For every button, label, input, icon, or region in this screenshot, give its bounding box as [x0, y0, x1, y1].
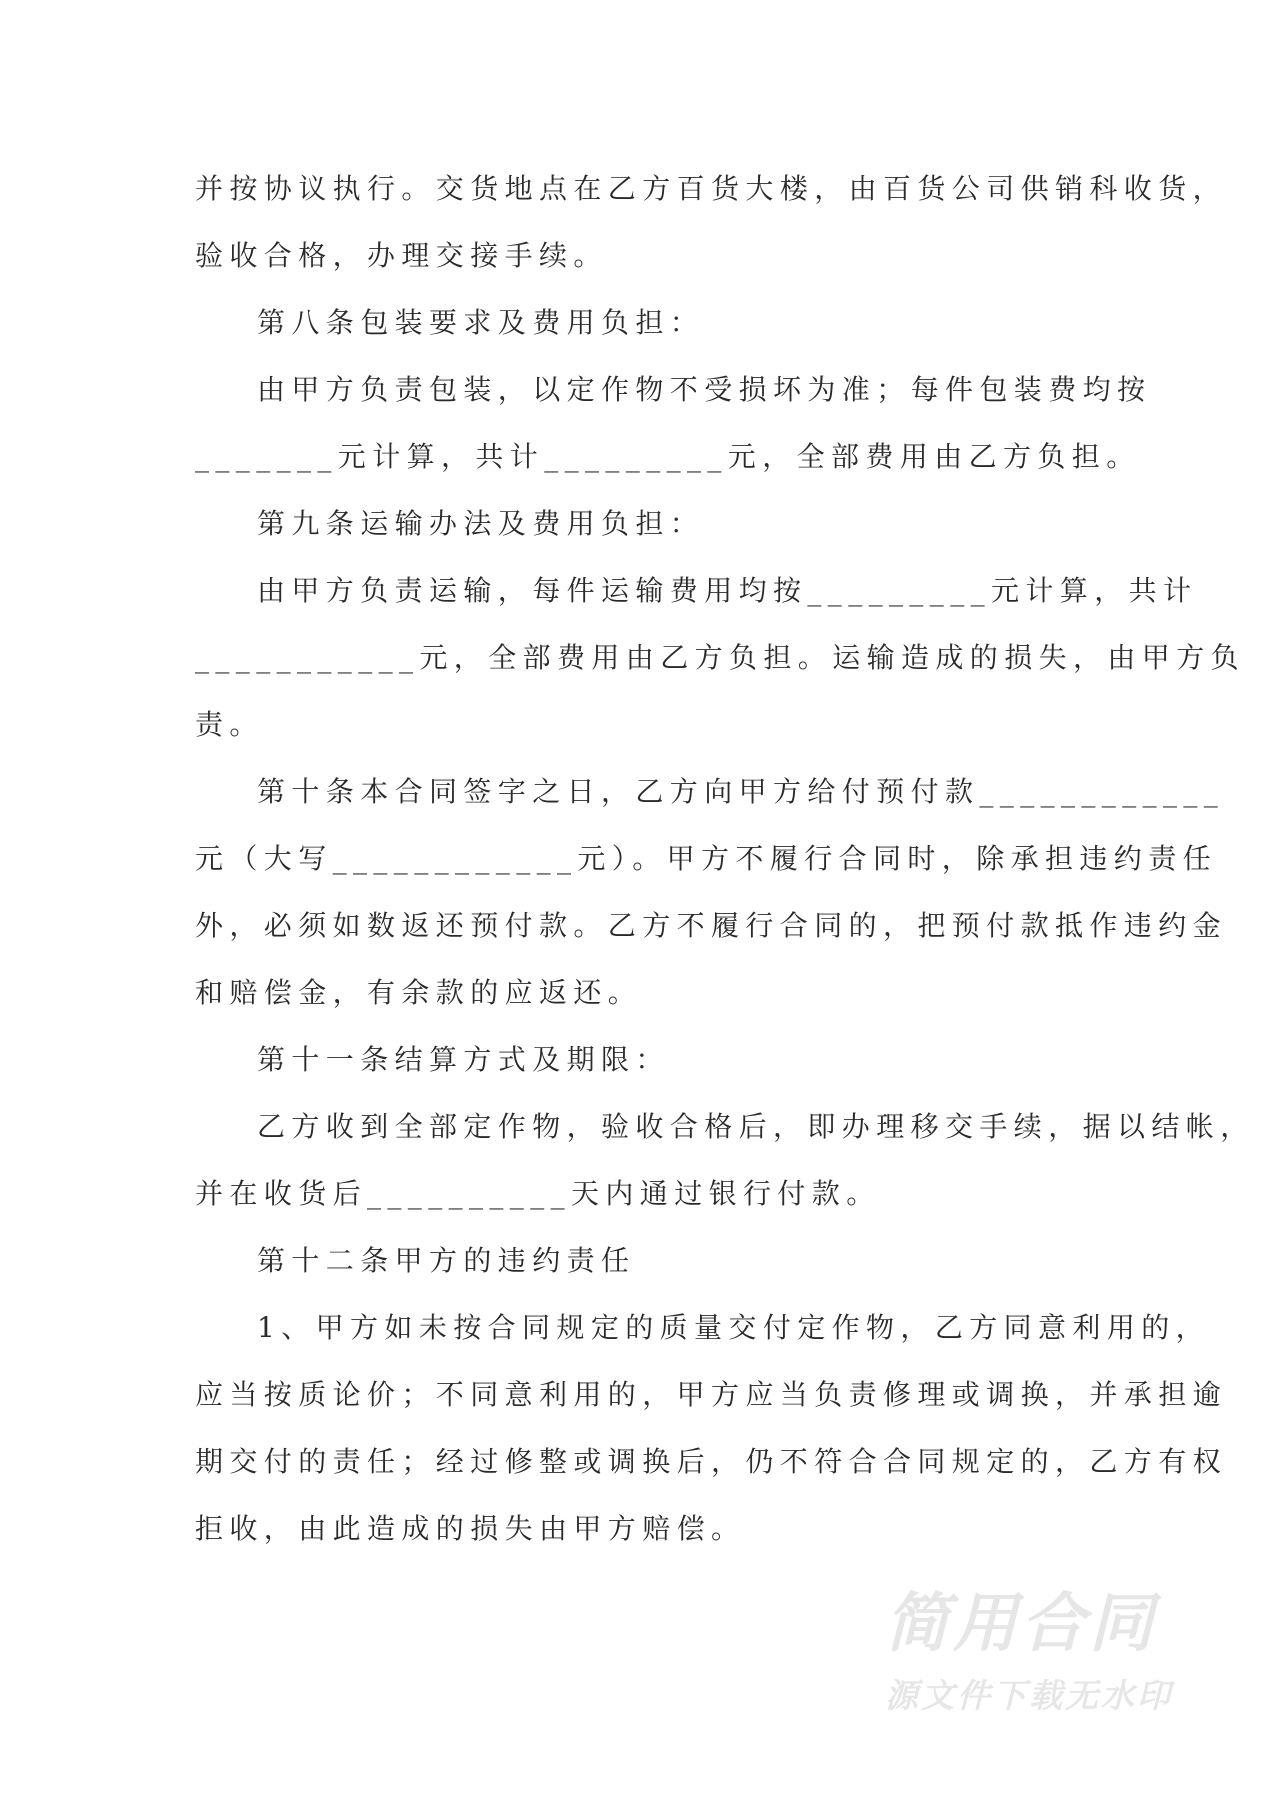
- text-line: 由甲方负责包装，以定作物不受损坏为准；每件包装费均按: [257, 370, 1157, 410]
- clause-heading-10: 第十条本合同签字之日，乙方向甲方给付预付款____________: [257, 772, 1157, 812]
- clause-heading-8: 第八条包装要求及费用负担：: [257, 303, 1157, 343]
- watermark-subtitle: 源文件下载无水印: [885, 1676, 1205, 1716]
- text-line: 验收合格，办理交接手续。: [195, 236, 1095, 276]
- text-line: 1、甲方如未按合同规定的质量交付定作物，乙方同意利用的，: [257, 1308, 1157, 1348]
- text-line: 外，必须如数返还预付款。乙方不履行合同的，把预付款抵作违约金: [195, 906, 1095, 946]
- text-line: 并按协议执行。交货地点在乙方百货大楼，由百货公司供销科收货，: [195, 169, 1095, 209]
- document-page: 并按协议执行。交货地点在乙方百货大楼，由百货公司供销科收货， 验收合格，办理交接…: [0, 0, 1280, 1810]
- text-line: 期交付的责任；经过修整或调换后，仍不符合合同规定的，乙方有权: [195, 1442, 1095, 1482]
- text-line: 并在收货后__________天内通过银行付款。: [195, 1174, 1095, 1214]
- text-line: ___________元，全部费用由乙方负担。运输造成的损失，由甲方负: [195, 638, 1095, 678]
- text-line: 由甲方负责运输，每件运输费用均按_________元计算，共计: [257, 571, 1157, 611]
- clause-heading-9: 第九条运输办法及费用负担：: [257, 504, 1157, 544]
- clause-heading-12: 第十二条甲方的违约责任: [257, 1241, 1157, 1281]
- watermark-title: 简用合同: [885, 1588, 1205, 1660]
- clause-heading-11: 第十一条结算方式及期限：: [257, 1040, 1157, 1080]
- text-line: 和赔偿金，有余款的应返还。: [195, 973, 1095, 1013]
- text-line: 应当按质论价；不同意利用的，甲方应当负责修理或调换，并承担逾: [195, 1375, 1095, 1415]
- text-line: 乙方收到全部定作物，验收合格后，即办理移交手续，据以结帐，: [257, 1107, 1157, 1147]
- text-line: _______元计算，共计_________元，全部费用由乙方负担。: [195, 437, 1095, 477]
- text-line: 元（大写____________元）。甲方不履行合同时，除承担违约责任: [195, 839, 1095, 879]
- text-line: 拒收，由此造成的损失由甲方赔偿。: [195, 1509, 1095, 1549]
- text-line: 责。: [195, 705, 1095, 745]
